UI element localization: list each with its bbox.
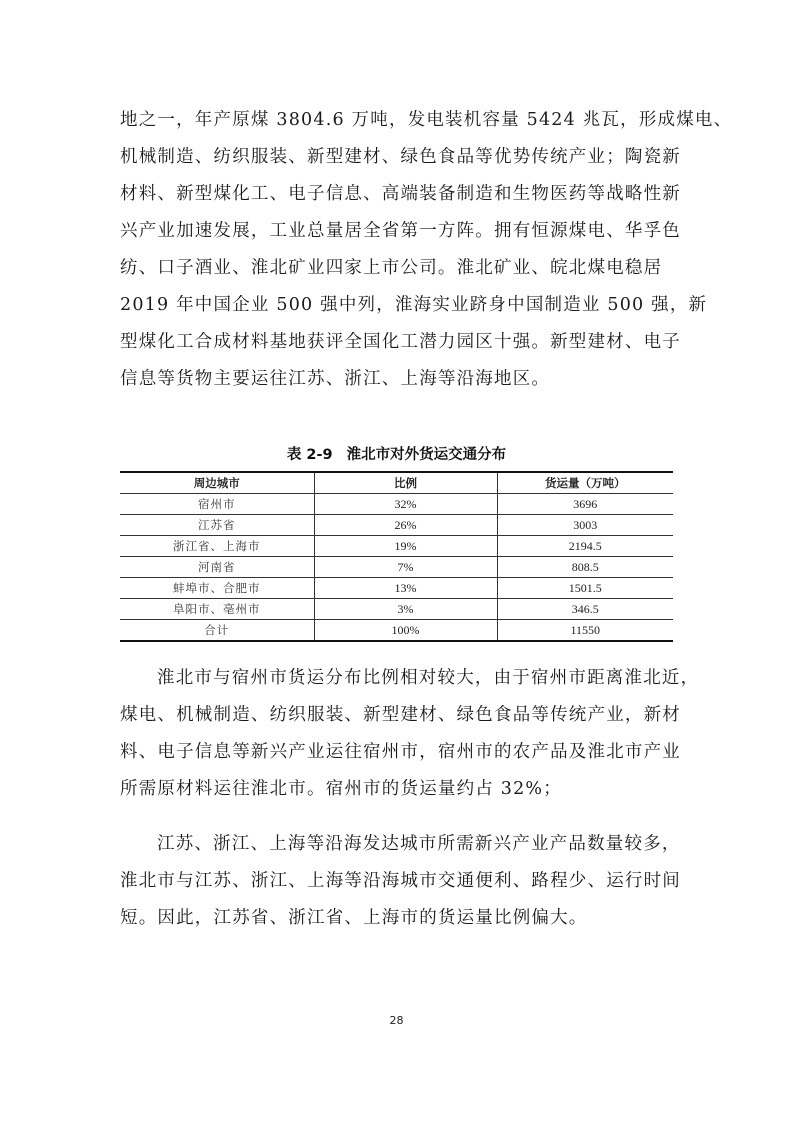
paragraph-industry: 地之一，年产原煤 3804.6 万吨，发电装机容量 5424 兆瓦，形成煤电、 … bbox=[120, 102, 680, 398]
paragraph-suzhou: 淮北市与宿州市货运分布比例相对较大，由于宿州市距离淮北近， 煤电、机械制造、纺织… bbox=[120, 660, 680, 808]
header-ratio: 比例 bbox=[314, 472, 497, 494]
text-line: 煤电、机械制造、纺织服装、新型建材、绿色食品等传统产业，新材 bbox=[120, 697, 680, 734]
cell-ratio: 3% bbox=[314, 599, 497, 620]
cell-ratio: 26% bbox=[314, 515, 497, 536]
cell-volume: 808.5 bbox=[497, 557, 673, 578]
table-row: 江苏省 26% 3003 bbox=[120, 515, 673, 536]
table-row: 河南省 7% 808.5 bbox=[120, 557, 673, 578]
cell-ratio: 7% bbox=[314, 557, 497, 578]
table-row: 阜阳市、亳州市 3% 346.5 bbox=[120, 599, 673, 620]
cell-ratio: 13% bbox=[314, 578, 497, 599]
cell-ratio: 32% bbox=[314, 494, 497, 515]
cell-city: 蚌埠市、合肥市 bbox=[120, 578, 314, 599]
table-total-row: 合计 100% 11550 bbox=[120, 620, 673, 642]
cell-volume: 3696 bbox=[497, 494, 673, 515]
paragraph-coastal: 江苏、浙江、上海等沿海发达城市所需新兴产业产品数量较多， 淮北市与江苏、浙江、上… bbox=[120, 826, 680, 937]
cell-volume: 346.5 bbox=[497, 599, 673, 620]
cell-city: 阜阳市、亳州市 bbox=[120, 599, 314, 620]
cell-total-label: 合计 bbox=[120, 620, 314, 642]
cell-volume: 3003 bbox=[497, 515, 673, 536]
text-line: 江苏、浙江、上海等沿海发达城市所需新兴产业产品数量较多， bbox=[120, 826, 680, 863]
table-caption-title: 淮北市对外货运交通分布 bbox=[347, 447, 507, 463]
text-line: 机械制造、纺织服装、新型建材、绿色食品等优势传统产业；陶瓷新 bbox=[120, 139, 680, 176]
text-line: 料、电子信息等新兴产业运往宿州市，宿州市的农产品及淮北市产业 bbox=[120, 734, 680, 771]
text-line: 淮北市与江苏、浙江、上海等沿海城市交通便利、路程少、运行时间 bbox=[120, 863, 680, 900]
table-caption-number: 表 2-9 bbox=[287, 447, 333, 463]
cell-volume: 2194.5 bbox=[497, 536, 673, 557]
text-line: 短。因此，江苏省、浙江省、上海市的货运量比例偏大。 bbox=[120, 900, 680, 937]
cell-city: 江苏省 bbox=[120, 515, 314, 536]
text-line: 信息等货物主要运往江苏、浙江、上海等沿海地区。 bbox=[120, 361, 680, 398]
freight-distribution-table: 周边城市 比例 货运量（万吨） 宿州市 32% 3696 江苏省 26% 300… bbox=[120, 471, 673, 642]
table-header-row: 周边城市 比例 货运量（万吨） bbox=[120, 472, 673, 494]
text-line: 纺、口子酒业、淮北矿业四家上市公司。淮北矿业、皖北煤电稳居 bbox=[120, 250, 680, 287]
page-number: 28 bbox=[0, 1014, 793, 1027]
text-line: 地之一，年产原煤 3804.6 万吨，发电装机容量 5424 兆瓦，形成煤电、 bbox=[120, 102, 680, 139]
cell-city: 河南省 bbox=[120, 557, 314, 578]
text-line: 材料、新型煤化工、电子信息、高端装备制造和生物医药等战略性新 bbox=[120, 176, 680, 213]
table-row: 蚌埠市、合肥市 13% 1501.5 bbox=[120, 578, 673, 599]
cell-total-ratio: 100% bbox=[314, 620, 497, 642]
text-line: 2019 年中国企业 500 强中列，淮海实业跻身中国制造业 500 强，新 bbox=[120, 287, 680, 324]
table-row: 宿州市 32% 3696 bbox=[120, 494, 673, 515]
cell-city: 宿州市 bbox=[120, 494, 314, 515]
table-caption: 表 2-9淮北市对外货运交通分布 bbox=[0, 443, 793, 464]
header-volume: 货运量（万吨） bbox=[497, 472, 673, 494]
header-city: 周边城市 bbox=[120, 472, 314, 494]
text-line: 所需原材料运往淮北市。宿州市的货运量约占 32%； bbox=[120, 771, 680, 808]
text-line: 淮北市与宿州市货运分布比例相对较大，由于宿州市距离淮北近， bbox=[120, 660, 680, 697]
table-row: 浙江省、上海市 19% 2194.5 bbox=[120, 536, 673, 557]
cell-city: 浙江省、上海市 bbox=[120, 536, 314, 557]
cell-total-volume: 11550 bbox=[497, 620, 673, 642]
document-page: 地之一，年产原煤 3804.6 万吨，发电装机容量 5424 兆瓦，形成煤电、 … bbox=[0, 0, 793, 1122]
text-line: 型煤化工合成材料基地获评全国化工潜力园区十强。新型建材、电子 bbox=[120, 324, 680, 361]
cell-volume: 1501.5 bbox=[497, 578, 673, 599]
cell-ratio: 19% bbox=[314, 536, 497, 557]
text-line: 兴产业加速发展，工业总量居全省第一方阵。拥有恒源煤电、华孚色 bbox=[120, 213, 680, 250]
